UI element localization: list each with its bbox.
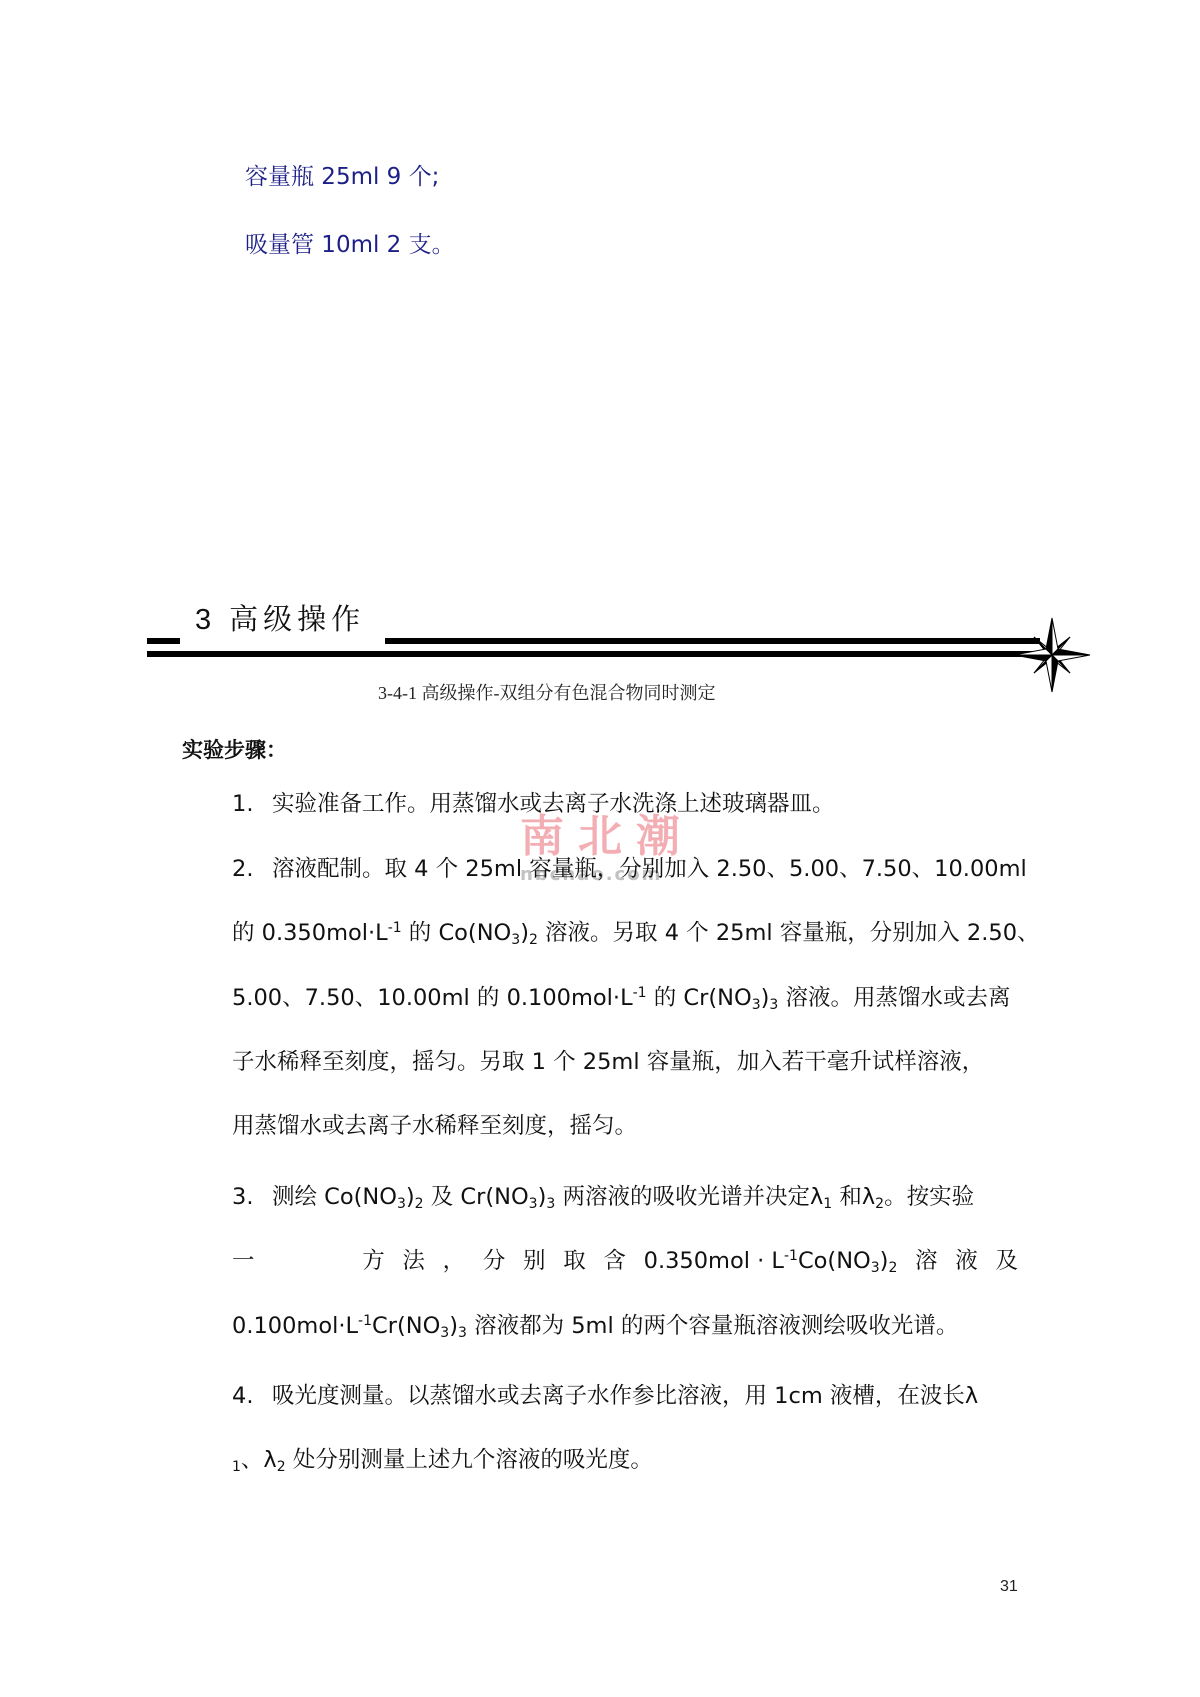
page-number: 31 bbox=[1000, 1578, 1018, 1596]
equipment-item-volumetric-flask: 容量瓶 25ml 9 个; bbox=[245, 162, 439, 192]
step-2-number: 2. bbox=[232, 854, 253, 884]
section-subtitle: 3-4-1 高级操作-双组分有色混合物同时测定 bbox=[378, 681, 715, 705]
step-2-line-4: 子水稀释至刻度，摇匀。另取 1 个 25ml 容量瓶，加入若干毫升试样溶液， bbox=[232, 1047, 984, 1077]
step-3-number: 3. bbox=[232, 1182, 253, 1212]
step-2-line-5: 用蒸馏水或去离子水稀释至刻度，摇匀。 bbox=[232, 1111, 637, 1141]
heading-rule-top bbox=[385, 638, 1040, 644]
step-4-line-1: 吸光度测量。以蒸馏水或去离子水作参比溶液，用 1cm 液槽，在波长λ bbox=[272, 1381, 978, 1411]
step-2-line-1: 溶液配制。取 4 个 25ml 容量瓶，分别加入 2.50、5.00、7.50、… bbox=[272, 854, 1027, 884]
steps-heading: 实验步骤： bbox=[182, 736, 287, 764]
step-3-line-2: 一 方 法 ， 分 别 取 含 0.350mol · L-1Co(NO3)2 溶… bbox=[232, 1246, 1018, 1276]
step-1-number: 1. bbox=[232, 789, 253, 819]
step-3-line-1: 测绘 Co(NO3)2 及 Cr(NO3)3 两溶液的吸收光谱并决定λ1 和λ2… bbox=[272, 1182, 974, 1212]
step-3-line-3: 0.100mol·L-1Cr(NO3)3 溶液都为 5ml 的两个容量瓶溶液测绘… bbox=[232, 1311, 958, 1341]
step-4-line-2: 1、λ2 处分别测量上述九个溶液的吸光度。 bbox=[232, 1445, 653, 1475]
heading-rule-short bbox=[147, 638, 180, 644]
heading-rule-bottom bbox=[147, 651, 1040, 657]
step-1-text: 实验准备工作。用蒸馏水或去离子水洗涤上述玻璃器皿。 bbox=[272, 789, 835, 819]
compass-star-icon bbox=[1012, 615, 1092, 695]
step-2-line-2: 的 0.350mol·L-1 的 Co(NO3)2 溶液。另取 4 个 25ml… bbox=[232, 918, 1040, 948]
equipment-item-pipette: 吸量管 10ml 2 支。 bbox=[245, 230, 455, 260]
section-title: 3 高级操作 bbox=[195, 603, 365, 637]
step-2-line-3: 5.00、7.50、10.00ml 的 0.100mol·L-1 的 Cr(NO… bbox=[232, 983, 1010, 1013]
step-4-number: 4. bbox=[232, 1381, 253, 1411]
